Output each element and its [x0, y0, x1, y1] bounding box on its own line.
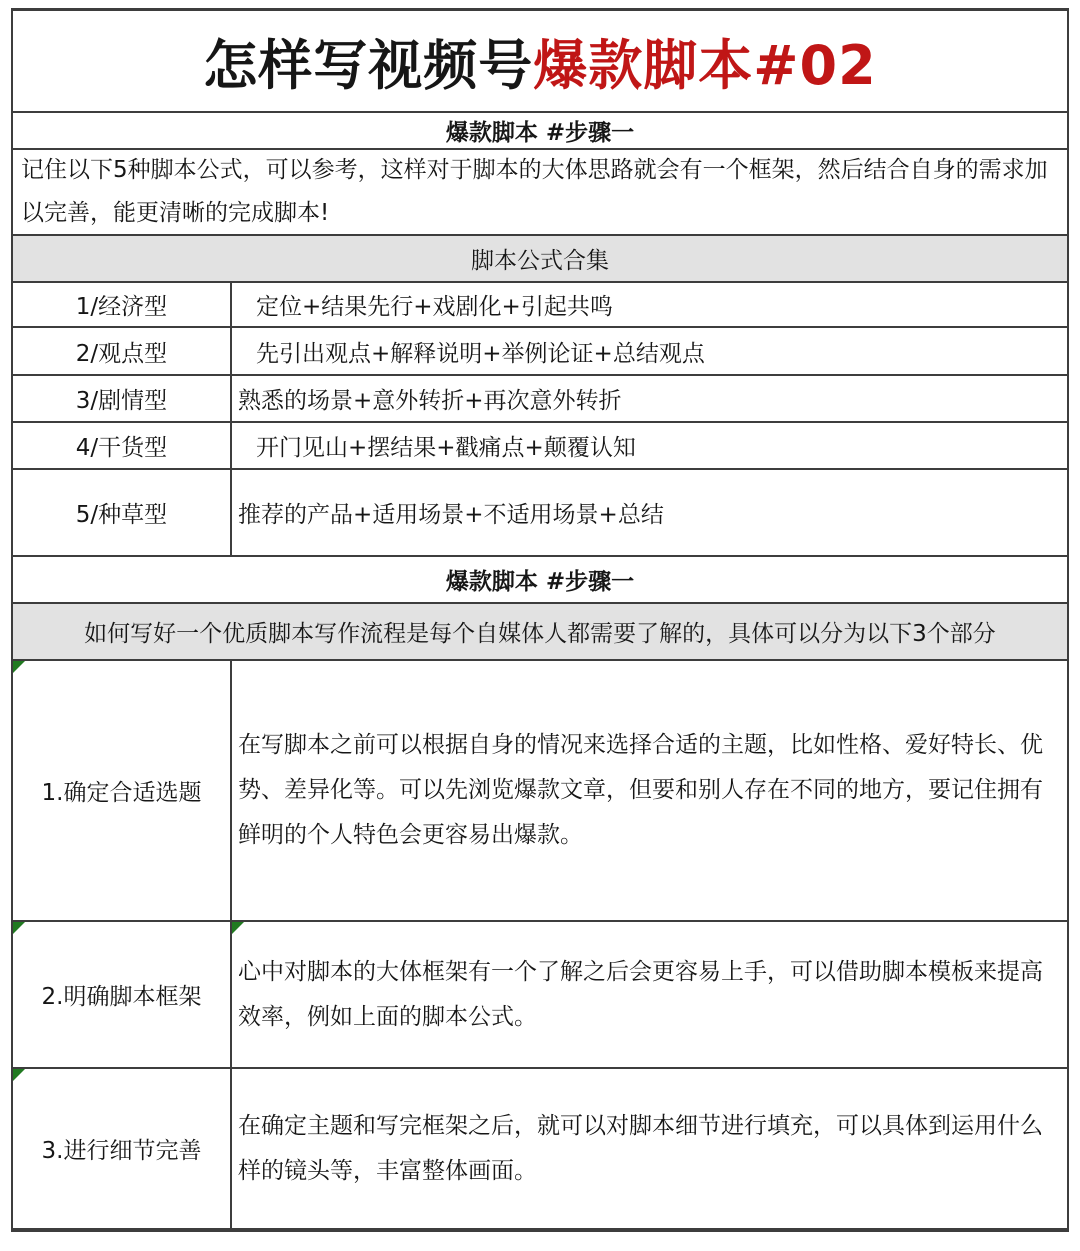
formula-type-cell: 1/经济型	[13, 283, 232, 326]
section1-band-header-label: 爆款脚本 #步骤一	[446, 114, 634, 147]
section2-band-header: 爆款脚本 #步骤一	[13, 557, 1067, 604]
step-detail-cell: 在确定主题和写完框架之后，就可以对脚本细节进行填充，可以具体到运用什么样的镜头等…	[232, 1069, 1067, 1228]
formula-row: 3/剧情型 熟悉的场景+意外转折+再次意外转折	[13, 376, 1067, 423]
formula-table-title-label: 脚本公式合集	[471, 242, 609, 275]
section1-band-header: 爆款脚本 #步骤一	[13, 113, 1067, 150]
formula-type-label: 2/观点型	[76, 335, 167, 368]
formula-row: 2/观点型 先引出观点+解释说明+举例论证+总结观点	[13, 328, 1067, 376]
page-title-black: 怎样写视频号	[203, 23, 533, 100]
script-guide-table: 怎样写视频号爆款脚本#02 爆款脚本 #步骤一 记住以下5种脚本公式，可以参考，…	[11, 8, 1069, 1232]
page-title-red: 爆款脚本#02	[533, 23, 876, 100]
section1-intro: 记住以下5种脚本公式，可以参考，这样对于脚本的大体思路就会有一个框架，然后结合自…	[13, 150, 1067, 236]
formula-table-title: 脚本公式合集	[13, 236, 1067, 283]
step-name-label: 2.明确脚本框架	[42, 978, 202, 1011]
formula-row: 1/经济型 定位+结果先行+戏剧化+引起共鸣	[13, 283, 1067, 328]
formula-value-text: 开门见山+摆结果+戳痛点+颠覆认知	[256, 429, 636, 462]
page-title: 怎样写视频号爆款脚本#02	[13, 11, 1067, 113]
step-row: 2.明确脚本框架 心中对脚本的大体框架有一个了解之后会更容易上手，可以借助脚本模…	[13, 922, 1067, 1069]
formula-type-label: 1/经济型	[76, 288, 167, 321]
section2-band-header-label: 爆款脚本 #步骤一	[446, 563, 634, 596]
formula-type-label: 3/剧情型	[76, 382, 167, 415]
cell-comment-marker-icon	[13, 1069, 25, 1081]
formula-value-cell: 推荐的产品+适用场景+不适用场景+总结	[232, 470, 1067, 555]
step-detail-cell: 心中对脚本的大体框架有一个了解之后会更容易上手，可以借助脚本模板来提高效率，例如…	[232, 922, 1067, 1067]
step-detail-cell: 在写脚本之前可以根据自身的情况来选择合适的主题，比如性格、爱好特长、优势、差异化…	[232, 661, 1067, 920]
section2-intro: 如何写好一个优质脚本写作流程是每个自媒体人都需要了解的，具体可以分为以下3个部分	[13, 604, 1067, 661]
formula-value-text: 推荐的产品+适用场景+不适用场景+总结	[238, 496, 664, 529]
formula-value-cell: 定位+结果先行+戏剧化+引起共鸣	[232, 283, 1067, 326]
cell-comment-marker-icon	[232, 922, 244, 934]
formula-value-text: 熟悉的场景+意外转折+再次意外转折	[238, 382, 622, 415]
formula-type-label: 4/干货型	[76, 429, 167, 462]
step-name-cell: 2.明确脚本框架	[13, 922, 232, 1067]
formula-row: 5/种草型 推荐的产品+适用场景+不适用场景+总结	[13, 470, 1067, 557]
step-detail-text: 在写脚本之前可以根据自身的情况来选择合适的主题，比如性格、爱好特长、优势、差异化…	[238, 723, 1057, 858]
formula-type-cell: 3/剧情型	[13, 376, 232, 421]
formula-type-cell: 4/干货型	[13, 423, 232, 468]
section2-intro-text: 如何写好一个优质脚本写作流程是每个自媒体人都需要了解的，具体可以分为以下3个部分	[84, 615, 996, 648]
formula-type-label: 5/种草型	[76, 496, 167, 529]
formula-value-cell: 熟悉的场景+意外转折+再次意外转折	[232, 376, 1067, 421]
cell-comment-marker-icon	[13, 661, 25, 673]
step-detail-text: 心中对脚本的大体框架有一个了解之后会更容易上手，可以借助脚本模板来提高效率，例如…	[238, 950, 1057, 1040]
formula-value-text: 定位+结果先行+戏剧化+引起共鸣	[256, 288, 613, 321]
step-row: 1.确定合适选题 在写脚本之前可以根据自身的情况来选择合适的主题，比如性格、爱好…	[13, 661, 1067, 922]
step-name-cell: 1.确定合适选题	[13, 661, 232, 920]
section1-intro-text: 记住以下5种脚本公式，可以参考，这样对于脚本的大体思路就会有一个框架，然后结合自…	[21, 149, 1059, 235]
step-name-cell: 3.进行细节完善	[13, 1069, 232, 1228]
formula-row: 4/干货型 开门见山+摆结果+戳痛点+颠覆认知	[13, 423, 1067, 470]
step-name-label: 1.确定合适选题	[42, 774, 202, 807]
step-name-label: 3.进行细节完善	[42, 1132, 202, 1165]
formula-value-cell: 先引出观点+解释说明+举例论证+总结观点	[232, 328, 1067, 374]
formula-value-cell: 开门见山+摆结果+戳痛点+颠覆认知	[232, 423, 1067, 468]
formula-value-text: 先引出观点+解释说明+举例论证+总结观点	[256, 335, 705, 368]
step-detail-text: 在确定主题和写完框架之后，就可以对脚本细节进行填充，可以具体到运用什么样的镜头等…	[238, 1104, 1057, 1194]
cell-comment-marker-icon	[13, 922, 25, 934]
step-row: 3.进行细节完善 在确定主题和写完框架之后，就可以对脚本细节进行填充，可以具体到…	[13, 1069, 1067, 1228]
formula-type-cell: 2/观点型	[13, 328, 232, 374]
formula-type-cell: 5/种草型	[13, 470, 232, 555]
